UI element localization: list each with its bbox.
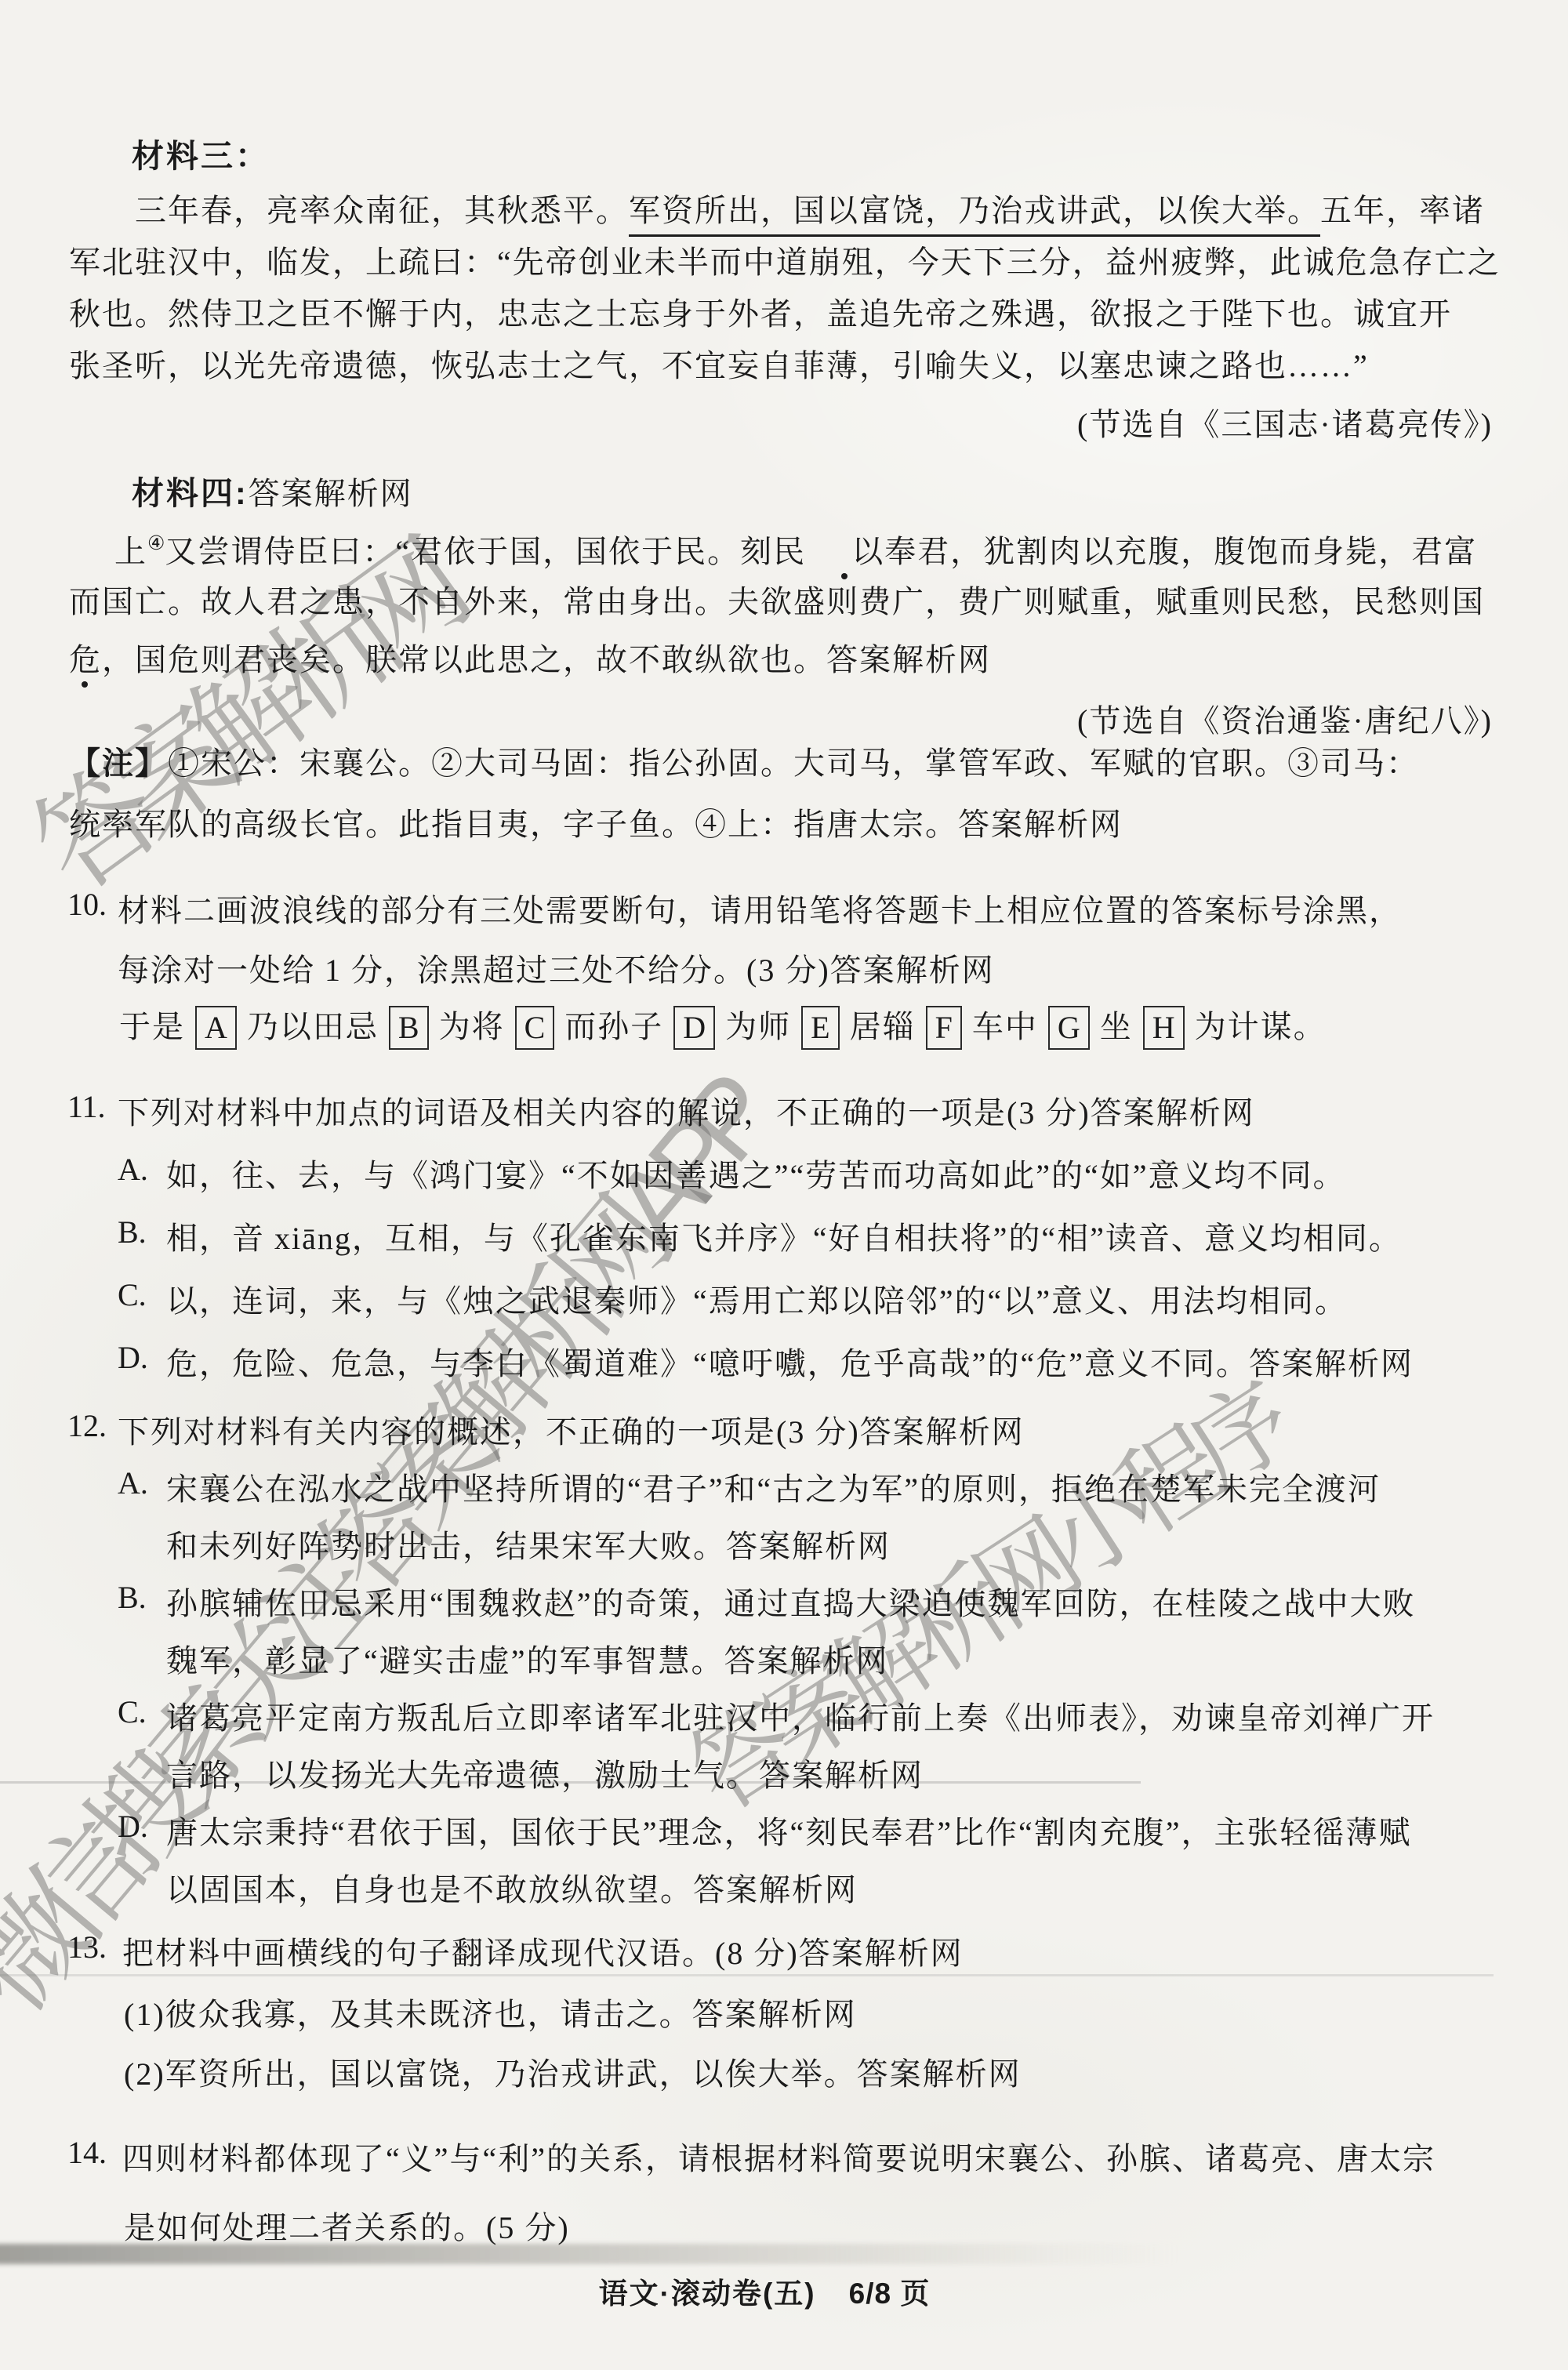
text-run: 和未列好阵势时出击，结果宋军大败。	[166, 1529, 726, 1564]
break-choice-box: H	[1143, 1006, 1185, 1050]
inline-site-name: 答案解析网	[1091, 1095, 1255, 1131]
text-run: 居辎	[850, 1009, 916, 1044]
question-number: 10.	[67, 886, 107, 923]
text-run: 三年春，亮率众南征，其秋悉平。	[135, 193, 629, 228]
text-run: ，国危则君丧矣。朕常以此思之，故不敢纵欲也。	[102, 642, 826, 677]
translation-item-2: (2)军资所出，国以富饶，乃治戎讲武，以俟大举。答案解析网	[124, 2049, 1022, 2094]
question-number: 11.	[67, 1088, 106, 1125]
question-stem: 下列对材料有关内容的概述，不正确的一项是(3 分)答案解析网	[118, 1407, 1025, 1452]
text-run: 下列对材料有关内容的概述，不正确的一项是(3 分)	[118, 1414, 860, 1450]
option-letter: D.	[118, 1808, 148, 1845]
option-text-line: 以固国本，自身也是不敢放纵欲望。答案解析网	[166, 1865, 858, 1910]
paper-title: 语文·滚动卷(五)	[599, 2277, 816, 2310]
text-run: 奉君，犹割肉以充腹，腹饱而身毙，君富	[884, 534, 1477, 569]
text-run: (2)军资所出，国以富饶，乃治戎讲武，以俟大举。	[124, 2056, 857, 2092]
question-number: 13.	[67, 1929, 107, 1965]
question-stem-line: 是如何处理二者关系的。(5 分)	[124, 2203, 570, 2248]
material-three-source: (节选自《三国志·诸葛亮传》)	[1077, 400, 1493, 445]
text-line: 而国亡。故人君之患，不自外来，常由身出。夫欲盛则费广，费广则赋重，赋重则民愁，民…	[69, 582, 1485, 640]
text-run: 为师	[725, 1009, 791, 1044]
text-run: 把材料中画横线的句子翻译成现代汉语。(8 分)	[122, 1936, 799, 1971]
question-stem-line: 四则材料都体现了“义”与“利”的关系，请根据材料简要说明宋襄公、孙膑、诸葛亮、唐…	[122, 2134, 1436, 2179]
option-text: 以，连词，来，与《烛之武退秦师》“焉用亡郑以陪邻”的“以”意义、用法均相同。	[166, 1276, 1348, 1321]
material-three-heading: 材料三：	[132, 130, 270, 176]
text-run: 五年，率诸	[1320, 193, 1485, 228]
scan-fold-line	[0, 1781, 1141, 1784]
text-run: 于是	[119, 1009, 185, 1044]
option-text-line: 魏军，彰显了“避实击虚”的军事智慧。答案解析网	[166, 1636, 889, 1681]
option-text-line: 孙膑辅佐田忌采用“围魏救赵”的奇策，通过直捣大梁迫使魏军回防，在桂陵之战中大败	[166, 1579, 1416, 1624]
text-line: 危，国危则君丧矣。朕常以此思之，故不敢纵欲也。答案解析网	[69, 640, 1485, 698]
option-text: 如，往、去，与《鸿门宴》“不如因善遇之”“劳苦而功高如此”的“如”意义均不同。	[166, 1151, 1346, 1196]
note-label: 【注】	[69, 746, 168, 781]
inline-site-name: 答案解析网	[693, 1872, 858, 1907]
option-text-line: 诸葛亮平定南方叛乱后立即率诸军北驻汉中，临行前上奏《出师表》，劝谏皇帝刘禅广开	[166, 1693, 1435, 1738]
inline-site-name: 答案解析网	[724, 1643, 889, 1679]
superscript-marker: ④	[147, 533, 165, 554]
inline-site-name: 答案解析网	[799, 1936, 964, 1971]
break-choice-box: A	[195, 1006, 237, 1050]
break-choice-box: C	[515, 1006, 555, 1050]
text-line: 秋也。然侍卫之臣不懈于内，忠志之士忘身于外者，盖追先帝之殊遇，欲报之于陛下也。诚…	[69, 294, 1501, 346]
inline-site-name: 答案解析网	[860, 1414, 1025, 1450]
material-four-heading: 材料四:答案解析网	[132, 467, 413, 514]
text-run: 言路，以发扬光大先帝遗德，激励士气。	[166, 1758, 759, 1793]
inline-site-name: 答案解析网	[826, 642, 991, 677]
option-letter: B.	[118, 1579, 147, 1616]
material-three-paragraph: 三年春，亮率众南征，其秋悉平。军资所出，国以富饶，乃治戎讲武，以俟大举。五年，率…	[69, 191, 1501, 397]
break-choice-box: D	[673, 1006, 715, 1050]
option-letter: A.	[118, 1464, 148, 1501]
text-run: 上	[114, 534, 147, 569]
inline-site-name: 答案解析网	[857, 2056, 1022, 2092]
question-number: 14.	[67, 2134, 107, 2171]
emphasized-char: 危	[69, 640, 102, 681]
material-four-source: (节选自《资治通鉴·唐纪八》)	[1077, 696, 1493, 741]
scan-fold-line	[0, 1974, 1494, 1976]
inline-site-name: 答案解析网	[759, 1758, 924, 1793]
option-text-line: 唐太宗秉持“君依于国，国依于民”理念，将“刻民奉君”比作“割肉充腹”，主张轻徭薄…	[166, 1808, 1412, 1853]
page-number: 6/8 页	[849, 2277, 931, 2310]
question-stem-line: 每涂对一处给 1 分，涂黑超过三处不给分。(3 分)答案解析网	[118, 945, 995, 990]
underlined-sentence: 军资所出，国以富饶，乃治戎讲武，以俟大举。	[629, 193, 1320, 237]
question-stem-line: 材料二画波浪线的部分有三处需要断句，请用铅笔将答题卡上相应位置的答案标号涂黑，	[118, 886, 1402, 931]
text-line: 三年春，亮率众南征，其秋悉平。军资所出，国以富饶，乃治戎讲武，以俟大举。五年，率…	[69, 191, 1501, 242]
scan-smudge-band	[0, 2244, 1180, 2264]
text-run: 又尝谓侍臣曰：“君依于国，国依于民。刻民	[165, 534, 806, 569]
translation-item-1: (1)彼众我寡，及其未既济也，请击之。答案解析网	[124, 1990, 857, 2034]
option-letter: C.	[118, 1276, 147, 1313]
option-letter: A.	[118, 1151, 148, 1188]
text-run: 以固国本，自身也是不敢放纵欲望。	[166, 1872, 693, 1907]
sentence-break-letter-line: 于是A乃以田忌B为将C而孙子D为师E居辎F车中G坐H为计谋。	[119, 1002, 1327, 1050]
option-letter: D.	[118, 1339, 148, 1376]
inline-site-name: 答案解析网	[830, 953, 995, 988]
text-run: 坐	[1100, 1009, 1133, 1044]
page-footer: 语文·滚动卷(五)6/8 页	[0, 2270, 1529, 2312]
option-text-line: 言路，以发扬光大先帝遗德，激励士气。答案解析网	[166, 1751, 924, 1795]
break-choice-box: E	[801, 1006, 839, 1050]
option-letter: C.	[118, 1693, 147, 1730]
text-line: 统率军队的高级长官。此指目夷，字子鱼。④上：指唐太宗。答案解析网	[69, 804, 1419, 866]
exam-page-scan: { "colors": { "paper": "#f3f2ee", "ink":…	[0, 0, 1568, 2370]
text-line: 【注】①宋公：宋襄公。②大司马固：指公孙固。大司马，掌管军政、军赋的官职。③司马…	[69, 743, 1419, 804]
text-line: 军北驻汉中，临发，上疏曰：“先帝创业未半而中道崩殂，今天下三分，益州疲弊，此诚危…	[69, 242, 1501, 294]
text-line: 张圣听，以光先帝遗德，恢弘志士之气，不宜妄自菲薄，引喻失义，以塞忠谏之路也……”	[69, 346, 1501, 397]
break-choice-box: G	[1048, 1006, 1090, 1050]
inline-site-name: 答案解析网	[249, 476, 413, 511]
text-run: 魏军，彰显了“避实击虚”的军事智慧。	[166, 1643, 724, 1679]
inline-site-name: 答案解析网	[726, 1529, 891, 1564]
text-run: 为将	[439, 1009, 505, 1044]
text-run: 统率军队的高级长官。此指目夷，字子鱼。④上：指唐太宗。	[69, 807, 958, 842]
notes-block: 【注】①宋公：宋襄公。②大司马固：指公孙固。大司马，掌管军政、军赋的官职。③司马…	[69, 743, 1419, 866]
emphasized-char: 以	[806, 532, 884, 572]
text-run: 乃以田忌	[247, 1009, 379, 1044]
question-stem: 下列对材料中加点的词语及相关内容的解说，不正确的一项是(3 分)答案解析网	[118, 1088, 1255, 1133]
text-run: 为计谋。	[1195, 1009, 1327, 1044]
text-run: 而孙子	[564, 1009, 663, 1044]
material-four-paragraph: 上④又尝谓侍臣曰：“君依于国，国依于民。刻民以奉君，犹割肉以充腹，腹饱而身毙，君…	[69, 524, 1485, 698]
option-text: 危，危险、危急，与李白《蜀道难》“噫吁嚱，危乎高哉”的“危”意义不同。答案解析网	[166, 1339, 1414, 1384]
text-run: 危，危险、危急，与李白《蜀道难》“噫吁嚱，危乎高哉”的“危”意义不同。	[166, 1346, 1249, 1381]
text-run: 车中	[972, 1009, 1038, 1044]
break-choice-box: B	[389, 1006, 429, 1050]
option-text-line: 和未列好阵势时出击，结果宋军大败。答案解析网	[166, 1522, 891, 1566]
text-run: (1)彼众我寡，及其未既济也，请击之。	[124, 1997, 692, 2032]
option-letter: B.	[118, 1214, 147, 1250]
question-number: 12.	[67, 1407, 107, 1444]
break-choice-box: F	[926, 1006, 962, 1050]
text-run: 每涂对一处给 1 分，涂黑超过三处不给分。(3 分)	[118, 953, 830, 988]
text-run: ①宋公：宋襄公。②大司马固：指公孙固。大司马，掌管军政、军赋的官职。③司马：	[168, 746, 1419, 781]
text-line: 上④又尝谓侍臣曰：“君依于国，国依于民。刻民以奉君，犹割肉以充腹，腹饱而身毙，君…	[69, 524, 1485, 582]
inline-site-name: 答案解析网	[692, 1997, 857, 2032]
option-text-line: 宋襄公在泓水之战中坚持所谓的“君子”和“古之为军”的原则，拒绝在楚军未完全渡河	[166, 1464, 1381, 1509]
option-text: 相，音 xiāng，互相，与《孔雀东南飞并序》“好自相扶将”的“相”读音、意义均…	[166, 1214, 1402, 1258]
text-run: 下列对材料中加点的词语及相关内容的解说，不正确的一项是(3 分)	[118, 1095, 1091, 1131]
question-stem: 把材料中画横线的句子翻译成现代汉语。(8 分)答案解析网	[122, 1929, 964, 1973]
inline-site-name: 答案解析网	[958, 807, 1123, 842]
inline-site-name: 答案解析网	[1249, 1346, 1414, 1381]
heading-text: 材料四:	[132, 475, 249, 511]
